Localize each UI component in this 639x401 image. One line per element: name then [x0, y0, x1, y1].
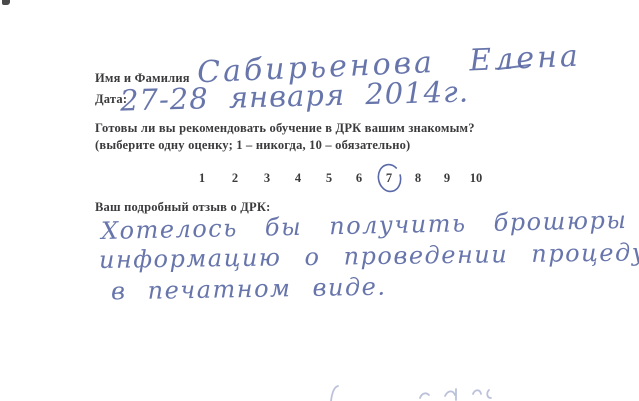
scale-number-10: 10 [466, 171, 486, 186]
scale-number-6: 6 [349, 171, 369, 186]
scale-number-5: 5 [319, 171, 339, 186]
scan-corner-artifact [2, 0, 10, 5]
handwritten-review-line-2: информацию о проведении процедур [99, 238, 639, 274]
scale-number-4: 4 [288, 171, 308, 186]
scale-number-2: 2 [225, 171, 245, 186]
scale-number-8: 8 [408, 171, 428, 186]
question-line2: (выберите одну оценку; 1 – никогда, 10 –… [95, 138, 410, 153]
pen-circle-around-7 [373, 162, 406, 194]
scale-number-9: 9 [437, 171, 457, 186]
scale-number-1: 1 [192, 171, 212, 186]
review-label: Ваш подробный отзыв о ДРК: [95, 200, 271, 215]
scanned-feedback-form: Имя и Фамилия Дата: Сабирьенова Елена 27… [0, 0, 639, 401]
handwritten-review-line-3: в печатном виде. [111, 273, 387, 306]
scale-number-3: 3 [257, 171, 277, 186]
cutoff-handwriting-fragment [315, 380, 515, 401]
question-line1: Готовы ли вы рекомендовать обучение в ДР… [95, 121, 475, 136]
